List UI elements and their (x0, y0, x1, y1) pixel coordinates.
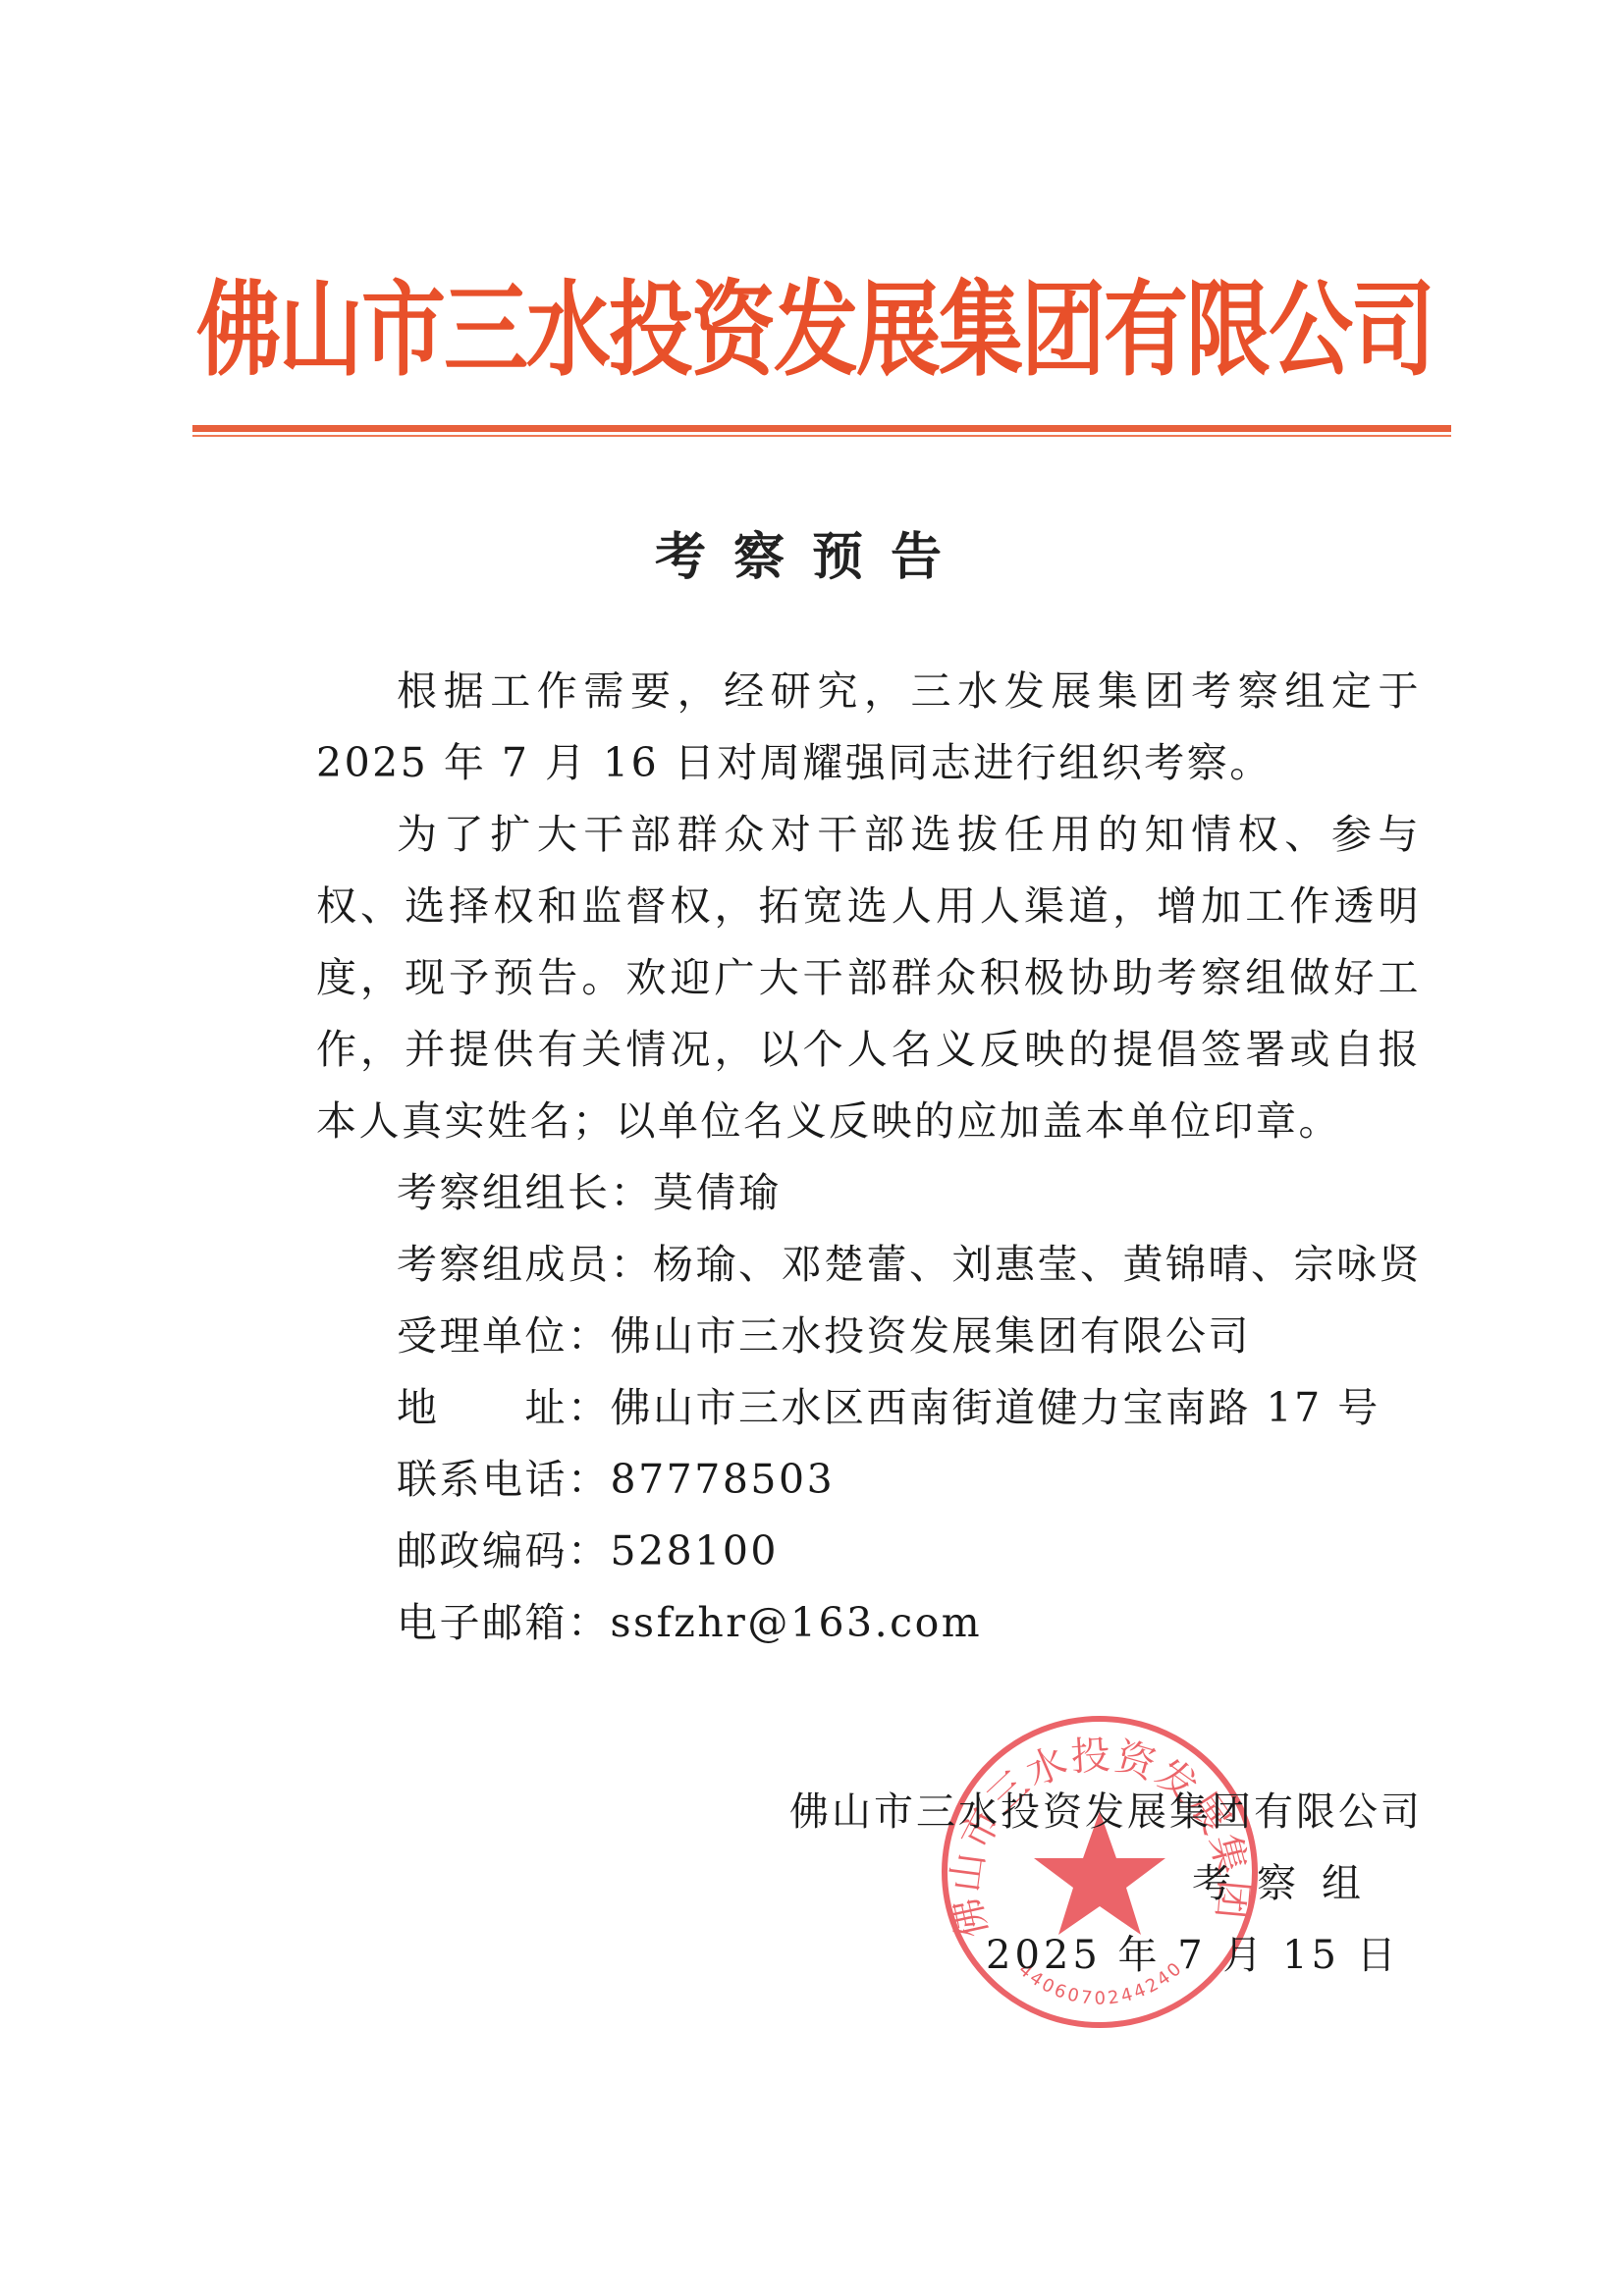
field-postcode: 邮政编码：528100 (316, 1516, 1421, 1587)
field-value: 87778503 (611, 1456, 836, 1503)
document-body: 根据工作需要，经研究，三水发展集团考察组定于 2025 年 7 月 16 日对周… (316, 656, 1421, 1659)
field-value: 杨瑜、邓楚蕾、刘惠莹、黄锦晴、宗咏贤 (653, 1241, 1422, 1288)
field-value: 佛山市三水区西南街道健力宝南路 17 号 (611, 1384, 1380, 1431)
field-label: 受理单位： (397, 1301, 611, 1372)
masthead-rule-thin (192, 435, 1451, 437)
document-page: 佛山市三水投资发展集团有限公司 考察预告 根据工作需要，经研究，三水发展集团考察… (0, 0, 1624, 2296)
field-label: 考察组组长： (397, 1157, 653, 1229)
signature-group: 考察组 (1045, 1848, 1423, 1920)
field-receiving-unit: 受理单位：佛山市三水投资发展集团有限公司 (316, 1301, 1421, 1372)
masthead-organization: 佛山市三水投资发展集团有限公司 (196, 265, 1434, 397)
field-team-leader: 考察组组长：莫倩瑜 (316, 1157, 1421, 1229)
document-title: 考察预告 (0, 515, 1624, 589)
field-team-members: 考察组成员：杨瑜、邓楚蕾、刘惠莹、黄锦晴、宗咏贤 (316, 1229, 1421, 1301)
field-label: 电子邮箱： (397, 1587, 611, 1659)
field-value: 莫倩瑜 (653, 1169, 782, 1216)
field-label: 地 址： (397, 1372, 611, 1444)
field-address: 地 址：佛山市三水区西南街道健力宝南路 17 号 (316, 1372, 1421, 1444)
field-phone: 联系电话：87778503 (316, 1444, 1421, 1516)
masthead-rule-thick (192, 425, 1451, 432)
field-email: 电子邮箱：ssfzhr@163.com (316, 1587, 1421, 1659)
field-value: ssfzhr@163.com (611, 1599, 983, 1646)
field-label: 联系电话： (397, 1444, 611, 1516)
field-value: 528100 (611, 1527, 780, 1575)
field-label: 考察组成员： (397, 1229, 653, 1301)
signature-block: 佛山市三水投资发展集团有限公司 考察组 2025 年 7 月 15 日 (789, 1777, 1423, 1992)
field-value: 佛山市三水投资发展集团有限公司 (611, 1312, 1252, 1360)
field-label: 邮政编码： (397, 1516, 611, 1587)
paragraph: 为了扩大干部群众对干部选拔任用的知情权、参与权、选择权和监督权，拓宽选人用人渠道… (316, 799, 1421, 1157)
signature-organization: 佛山市三水投资发展集团有限公司 (789, 1777, 1423, 1848)
signature-date: 2025 年 7 月 15 日 (986, 1920, 1423, 1992)
paragraph: 根据工作需要，经研究，三水发展集团考察组定于 2025 年 7 月 16 日对周… (316, 656, 1421, 799)
